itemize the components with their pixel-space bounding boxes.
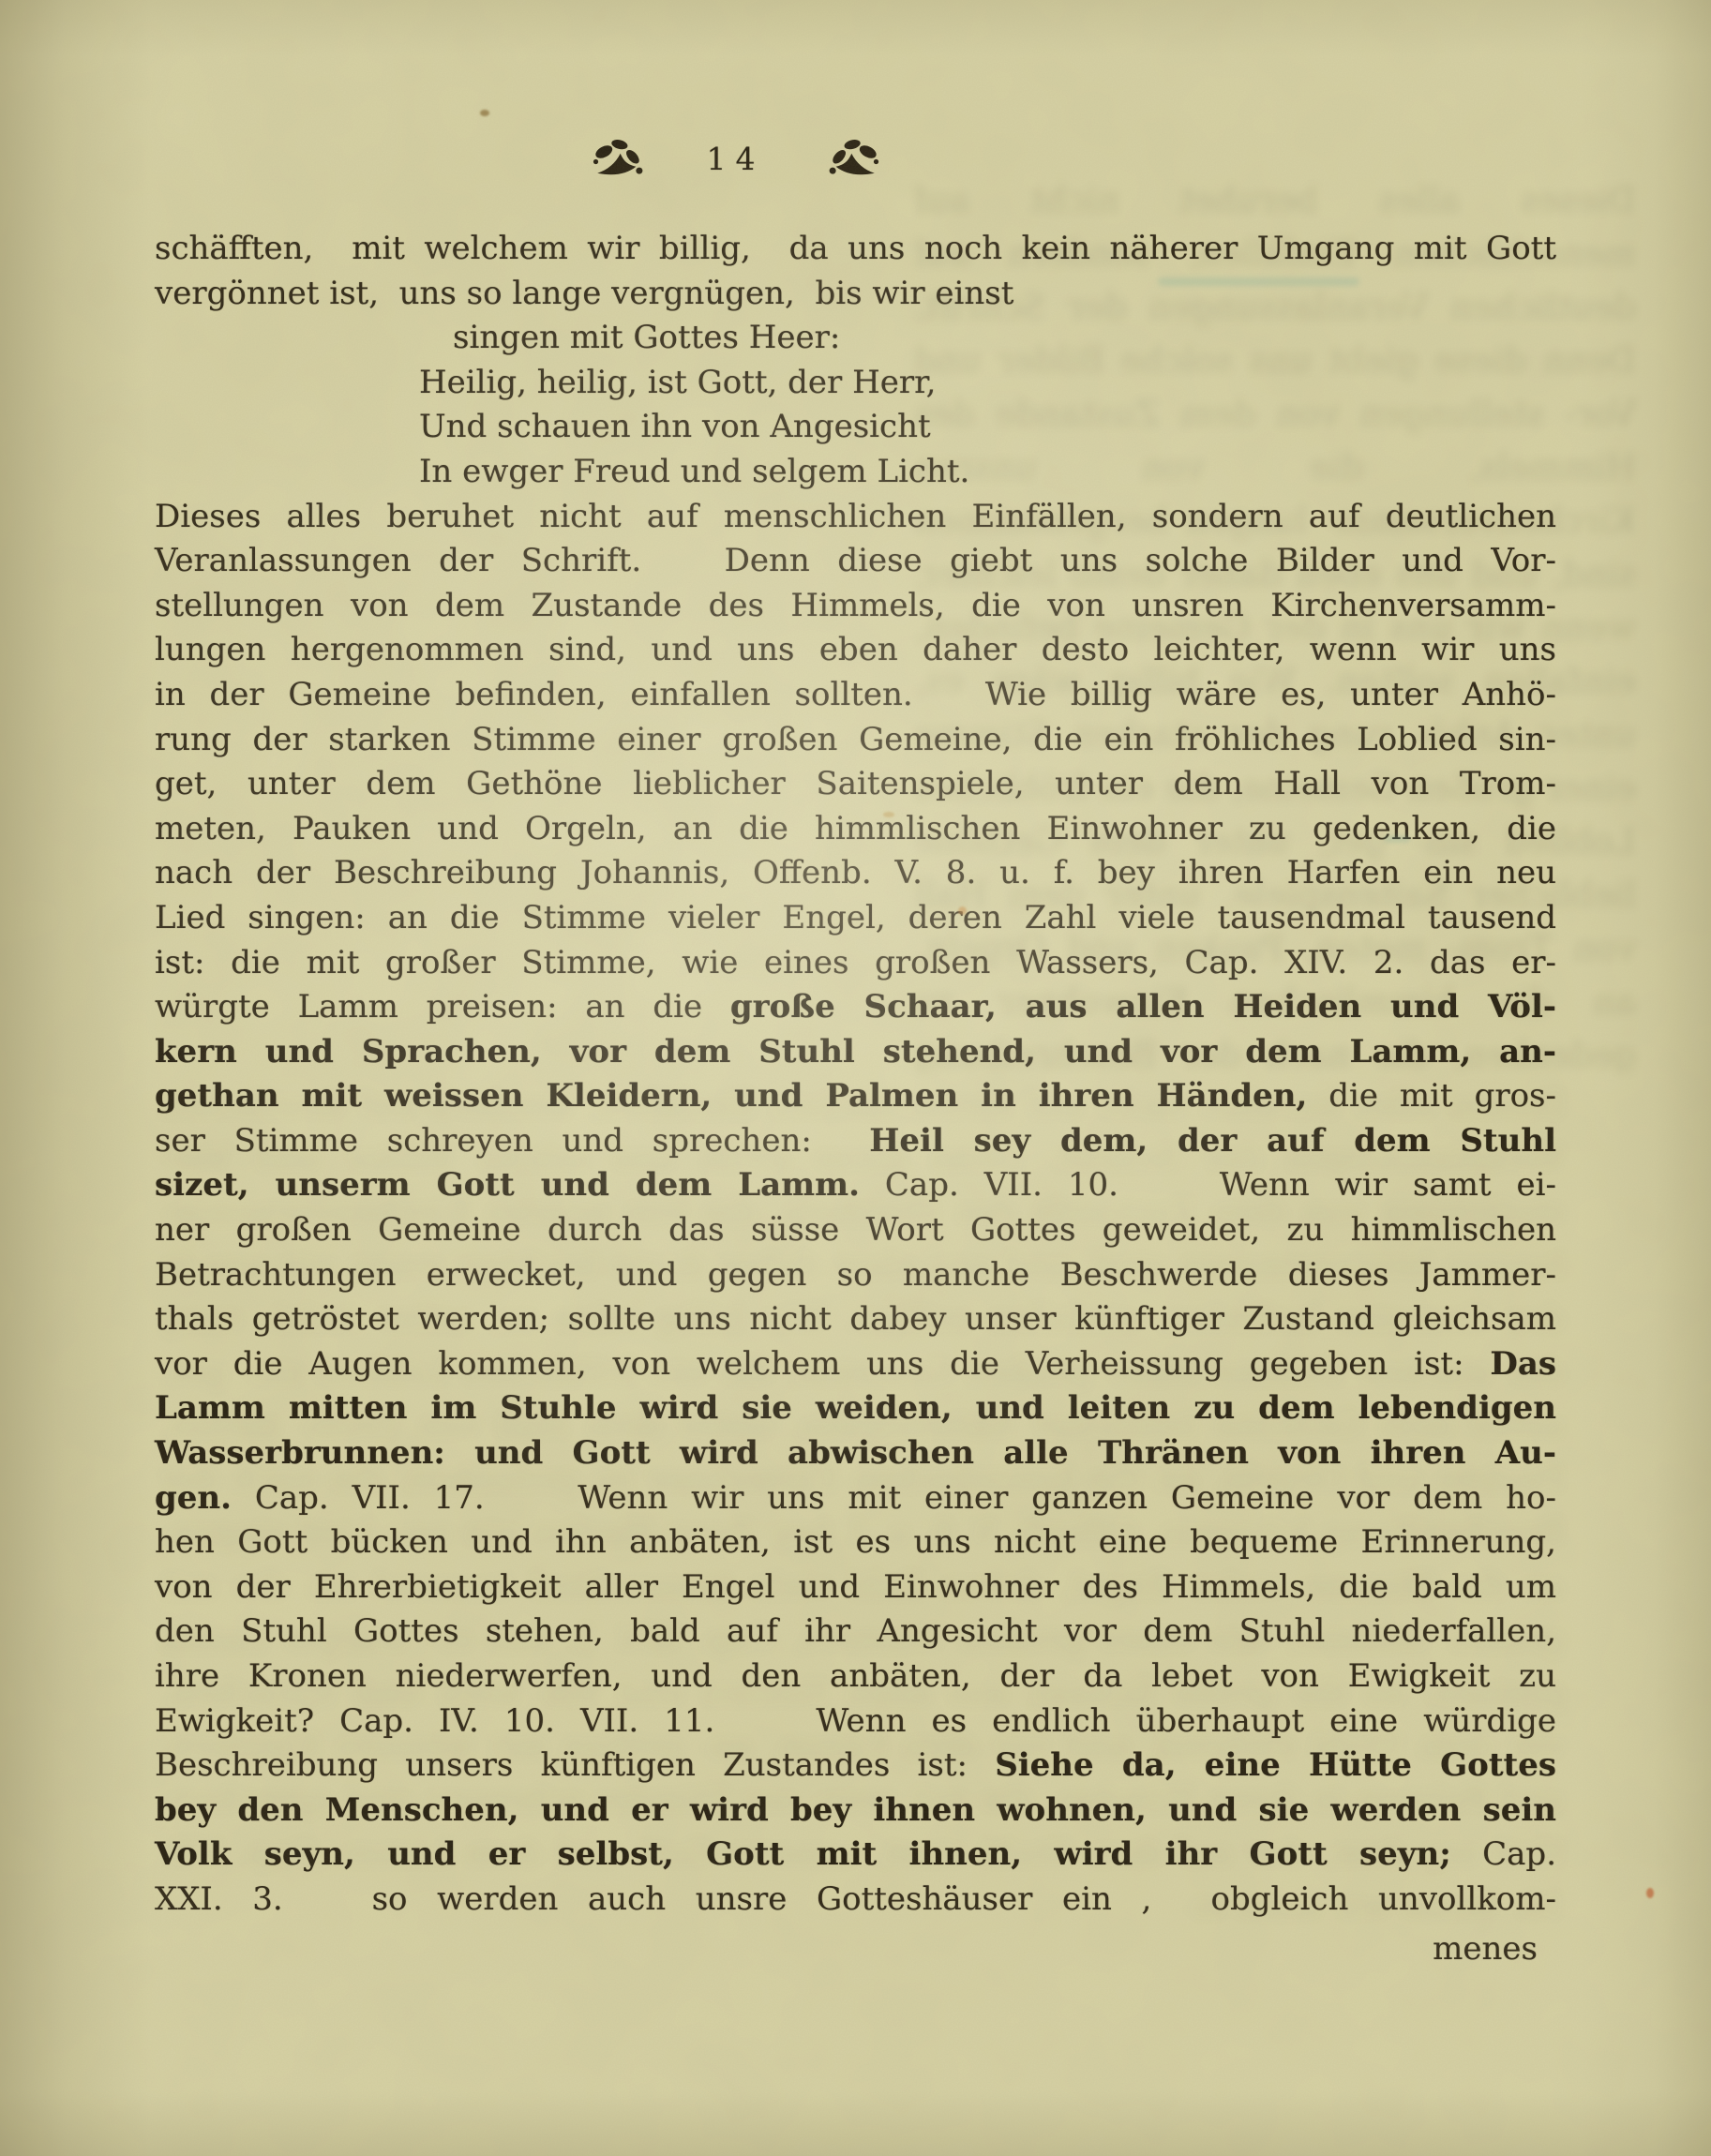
text-line: von der Ehrerbietigkeit aller Engel und … [155,1565,1556,1610]
emphasized-text: sizet, unserm Gott und dem Lamm. [155,1166,860,1204]
emphasized-text: Lamm mitten im Stuhle wird sie weiden, u… [155,1389,1556,1427]
text-line: ner großen Gemeine durch das süsse Wort … [155,1208,1556,1253]
text-line: würgte Lamm preisen: an die große Schaar… [155,985,1556,1030]
emphasized-text: Heil sey dem, der auf dem Stuhl [869,1122,1556,1160]
text-line: rung der starken Stimme einer großen Gem… [155,718,1556,763]
page-header: 14 [35,137,1436,180]
text-line: in der Gemeine befinden, einfallen sollt… [155,673,1556,718]
catchword: menes [155,1927,1556,1972]
text-line: XXI. 3. so werden auch unsre Gotteshäuse… [155,1878,1556,1923]
body-text: ser Stimme schreyen und sprechen: [155,1122,869,1160]
text-line: bey den Menschen, und er wird bey ihnen … [155,1789,1556,1834]
emphasized-text: gethan mit weissen Kleidern, und Palmen … [155,1077,1307,1115]
body-text: die mit gros- [1307,1077,1556,1115]
body-text: Lied singen: an die Stimme vieler Engel,… [155,899,1556,936]
body-text: meten, Pauken und Orgeln, an die himmlis… [155,810,1556,847]
body-text: singen mit Gottes Heer: [453,319,840,356]
text-line: Dieses alles beruhet nicht auf menschlic… [155,495,1556,540]
body-text: hen Gott bücken und ihn anbäten, ist es … [155,1523,1556,1561]
body-text: Cap. VII. 17. Wenn wir uns mit einer gan… [232,1479,1556,1517]
text-line: meten, Pauken und Orgeln, an die himmlis… [155,807,1556,852]
text-block: schäfften, mit welchem wir billig, da un… [155,227,1556,1923]
text-line: thals getröstet werden; sollte uns nicht… [155,1297,1556,1342]
body-text: ist: die mit großer Stimme, wie eines gr… [155,944,1556,981]
body-text: Cap. [1451,1835,1556,1873]
text-line: ser Stimme schreyen und sprechen: Heil s… [155,1119,1556,1164]
body-text: Betrachtungen erwecket, und gegen so man… [155,1256,1556,1294]
body-text: thals getröstet werden; sollte uns nicht… [155,1300,1556,1338]
verse-line: Heilig, heilig, ist Gott, der Herr, [155,361,1556,406]
text-line: Ewigkeit? Cap. IV. 10. VII. 11. Wenn es … [155,1699,1556,1744]
text-line: Volk seyn, und er selbst, Gott mit ihnen… [155,1833,1556,1878]
text-line: kern und Sprachen, vor dem Stuhl stehend… [155,1030,1556,1075]
emphasized-text: Das [1490,1345,1556,1383]
paper-stain [480,110,489,116]
body-text: in der Gemeine befinden, einfallen sollt… [155,676,1556,713]
fleuron-icon [593,137,645,180]
body-text: Ewigkeit? Cap. IV. 10. VII. 11. Wenn es … [155,1702,1556,1740]
text-line: singen mit Gottes Heer: [155,316,1556,361]
emphasized-text: Wasserbrunnen: und Gott wird abwischen a… [155,1434,1556,1472]
body-text: ner großen Gemeine durch das süsse Wort … [155,1211,1556,1249]
paper-stain [1646,1888,1654,1898]
verse-line: Und schauen ihn von Angesicht [155,405,1556,450]
verse-line: In ewger Freud und selgem Licht. [155,450,1556,495]
body-text: Beschreibung unsers künftigen Zustandes … [155,1746,995,1784]
body-text: vergönnet ist, uns so lange vergnügen, b… [155,275,1013,312]
body-text: stellungen von dem Zustande des Himmels,… [155,587,1556,624]
emphasized-text: bey den Menschen, und er wird bey ihnen … [155,1791,1556,1829]
text-line: den Stuhl Gottes stehen, bald auf ihr An… [155,1610,1556,1654]
body-text: Dieses alles beruhet nicht auf menschlic… [155,498,1556,535]
text-line: hen Gott bücken und ihn anbäten, ist es … [155,1520,1556,1565]
body-text: von der Ehrerbietigkeit aller Engel und … [155,1568,1556,1606]
body-text: nach der Beschreibung Johannis, Offenb. … [155,854,1556,891]
text-line: Lamm mitten im Stuhle wird sie weiden, u… [155,1386,1556,1431]
text-line: sizet, unserm Gott und dem Lamm. Cap. VI… [155,1163,1556,1208]
emphasized-text: große Schaar, aus allen Heiden und Völ- [730,988,1556,1026]
body-text: würgte Lamm preisen: an die [155,988,730,1026]
emphasized-text: Siehe da, eine Hütte Gottes [995,1746,1556,1784]
text-line: gethan mit weissen Kleidern, und Palmen … [155,1074,1556,1119]
emphasized-text: Volk seyn, und er selbst, Gott mit ihnen… [155,1835,1451,1873]
body-text: schäfften, mit welchem wir billig, da un… [155,230,1556,267]
text-line: ihre Kronen niederwerfen, und den anbäte… [155,1654,1556,1699]
body-text: rung der starken Stimme einer großen Gem… [155,721,1556,758]
body-text: Cap. VII. 10. Wenn wir samt ei- [860,1166,1556,1204]
text-line: Veranlassungen der Schrift. Denn diese g… [155,539,1556,584]
fleuron-icon [827,137,879,180]
body-text: In ewger Freud und selgem Licht. [419,453,969,490]
text-line: get, unter dem Gethöne lieblicher Saiten… [155,762,1556,807]
text-line: vergönnet ist, uns so lange vergnügen, b… [155,272,1556,317]
text-line: Betrachtungen erwecket, und gegen so man… [155,1253,1556,1298]
body-text: get, unter dem Gethöne lieblicher Saiten… [155,765,1556,802]
text-line: Wasserbrunnen: und Gott wird abwischen a… [155,1431,1556,1476]
text-line: ist: die mit großer Stimme, wie eines gr… [155,941,1556,986]
body-text: Veranlassungen der Schrift. Denn diese g… [155,542,1556,579]
scanned-page: Dieses alles beruhet nicht auf menschlic… [0,0,1711,2156]
body-text: Und schauen ihn von Angesicht [419,408,931,445]
text-line: vor die Augen kommen, von welchem uns di… [155,1342,1556,1387]
body-text: vor die Augen kommen, von welchem uns di… [155,1345,1490,1383]
text-line: schäfften, mit welchem wir billig, da un… [155,227,1556,272]
body-text: Heilig, heilig, ist Gott, der Herr, [419,364,936,401]
page-number: 14 [707,141,765,177]
body-text: ihre Kronen niederwerfen, und den anbäte… [155,1657,1556,1695]
text-line: stellungen von dem Zustande des Himmels,… [155,584,1556,629]
text-line: Lied singen: an die Stimme vieler Engel,… [155,896,1556,941]
body-text: lungen hergenommen sind, und uns eben da… [155,631,1556,668]
text-line: lungen hergenommen sind, und uns eben da… [155,628,1556,673]
text-line: gen. Cap. VII. 17. Wenn wir uns mit eine… [155,1476,1556,1521]
body-text: den Stuhl Gottes stehen, bald auf ihr An… [155,1612,1556,1650]
emphasized-text: gen. [155,1479,232,1517]
text-line: nach der Beschreibung Johannis, Offenb. … [155,851,1556,896]
text-line: Beschreibung unsers künftigen Zustandes … [155,1744,1556,1789]
emphasized-text: kern und Sprachen, vor dem Stuhl stehend… [155,1033,1556,1071]
body-text: XXI. 3. so werden auch unsre Gotteshäuse… [155,1880,1556,1918]
